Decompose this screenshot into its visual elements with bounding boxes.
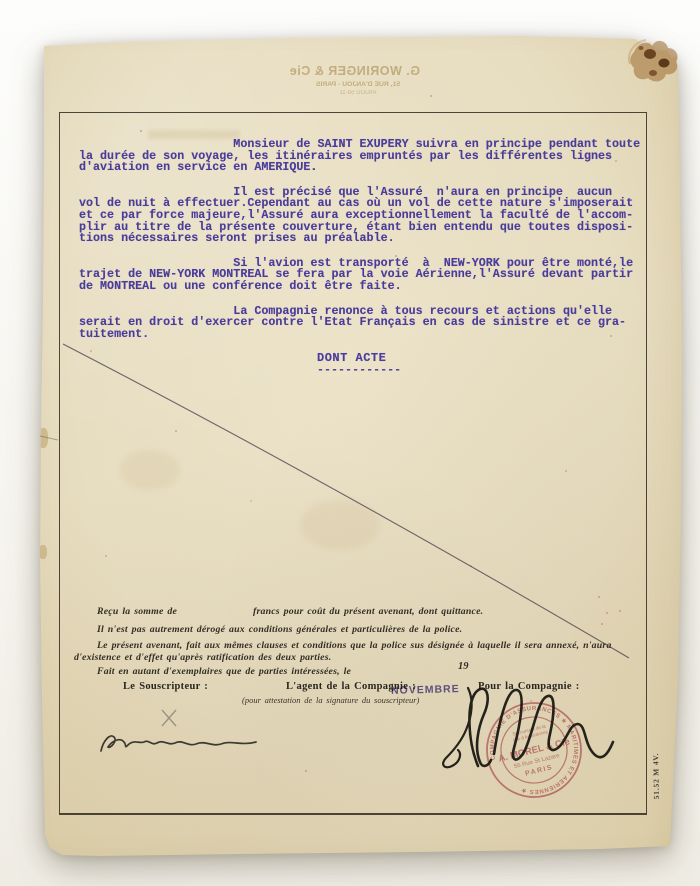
typed-paragraph: Monsieur de SAINT EXUPERY suivra en prin…	[79, 139, 640, 174]
typed-line: d'aviation en service en AMERIQUE.	[79, 162, 640, 174]
novembre-date-stamp: NOVEMBRE	[391, 683, 460, 697]
company-label: Pour la Compagnie :	[478, 681, 580, 692]
typed-body-text: Monsieur de SAINT EXUPERY suivra en prin…	[79, 139, 640, 353]
edge-chip	[39, 545, 47, 559]
red-ink-speck	[598, 596, 600, 598]
paper-shadow-wrap: G. WORINGER & Cie 51, RUE D'ANJOU - PARI…	[0, 0, 700, 886]
printer-reference-side-note: 51.52 M 4V.	[651, 753, 661, 800]
scanned-document-page: G. WORINGER & Cie 51, RUE D'ANJOU - PARI…	[0, 0, 700, 886]
form-clauses-line1: Le présent avenant, fait aux mêmes claus…	[97, 640, 612, 651]
typed-paragraph: La Compagnie renonce à tous recours et a…	[79, 306, 640, 341]
typed-line: de MONTREAL ou une conférence doit être …	[79, 281, 640, 293]
form-receipt-prefix: Reçu la somme de	[97, 606, 177, 617]
subscriber-label: Le Souscripteur :	[123, 681, 208, 692]
red-ink-speck	[601, 623, 603, 625]
bleedthrough-company-name: G. WORINGER & Cie	[296, 64, 420, 78]
edge-chip	[38, 428, 48, 448]
paper-sheet: G. WORINGER & Cie 51, RUE D'ANJOU - PARI…	[0, 0, 700, 886]
typed-line: tions nécessaires seront prises au préal…	[79, 233, 640, 245]
year-prefix: 19	[458, 661, 469, 672]
red-ink-speck	[606, 612, 608, 614]
form-receipt-suffix: francs pour coût du présent avenant, don…	[253, 606, 483, 617]
aging-blotch	[300, 500, 380, 550]
typed-line: serait en droit d'exercer contre l'Etat …	[79, 317, 640, 329]
typed-line: tuitement.	[79, 329, 640, 341]
typed-paragraph: Il est précisé que l'Assuré n'aura en pr…	[79, 187, 640, 245]
bleedthrough-letterhead: G. WORINGER & Cie 51, RUE D'ANJOU - PARI…	[296, 64, 420, 96]
red-ink-speck	[619, 610, 621, 612]
form-clauses-line2: d'existence et d'effet qu'après ratifica…	[74, 652, 331, 663]
typed-paragraph: Si l'avion est transporté à NEW-YORK pou…	[79, 258, 640, 293]
bleedthrough-address: 51, RUE D'ANJOU - PARIS	[296, 81, 420, 88]
form-no-derogation: Il n'est pas autrement dérogé aux condit…	[97, 624, 462, 635]
bleedthrough-phone: ANJOU 59-11	[296, 90, 420, 96]
form-made-copies: Fait en autant d'exemplaires que de part…	[97, 666, 351, 677]
aging-blotch	[120, 450, 180, 490]
dont-acte-underline: ------------	[317, 363, 401, 377]
